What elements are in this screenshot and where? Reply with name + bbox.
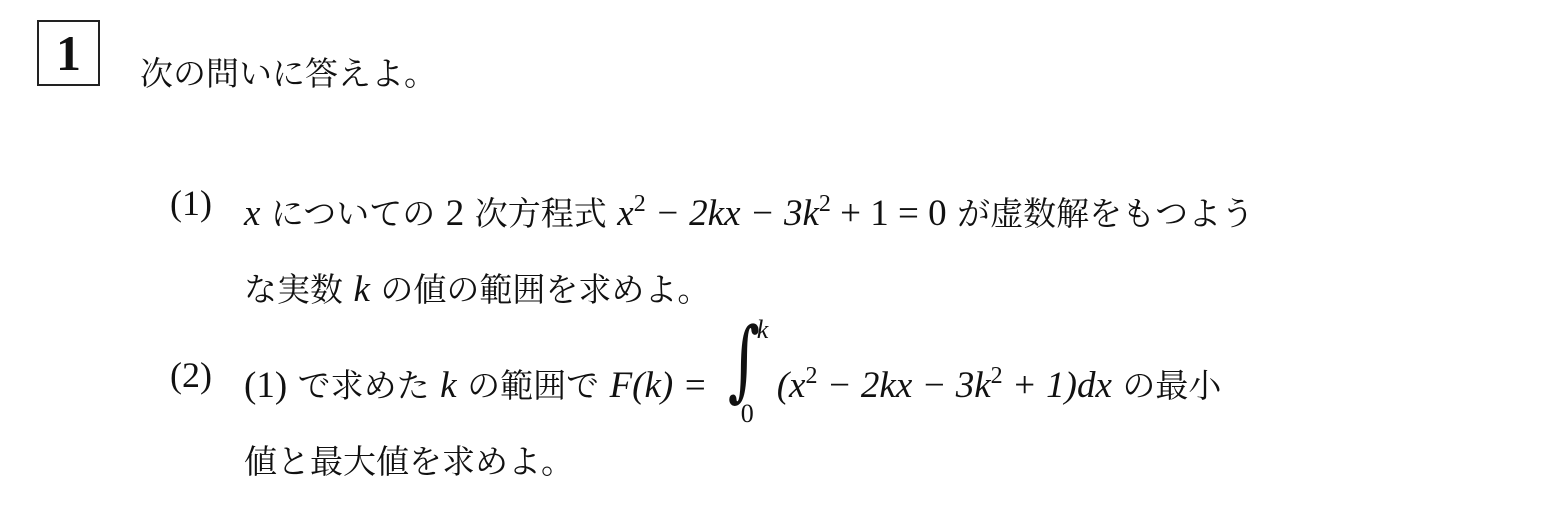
problem-intro: 次の問いに答えよ。 (140, 52, 437, 96)
part-2-line-2: 値と最大値を求めよ。 (244, 440, 574, 484)
part-2-label: (2) (170, 354, 212, 396)
part-2-line-1: (1) で求めた k の範囲で F(k) = ∫k0(x2 − 2kx − 3k… (244, 354, 1221, 408)
problem-number: 1 (56, 24, 81, 82)
part-1-line-1: x についての 2 次方程式 x2 − 2kx − 3k2 + 1 = 0 が虚… (244, 182, 1254, 236)
integral-sign: ∫k0 (717, 354, 777, 398)
problem-number-box: 1 (37, 20, 100, 86)
part-1-line-2: な実数 k の値の範囲を求めよ。 (244, 268, 710, 312)
part-1-label: (1) (170, 182, 212, 224)
